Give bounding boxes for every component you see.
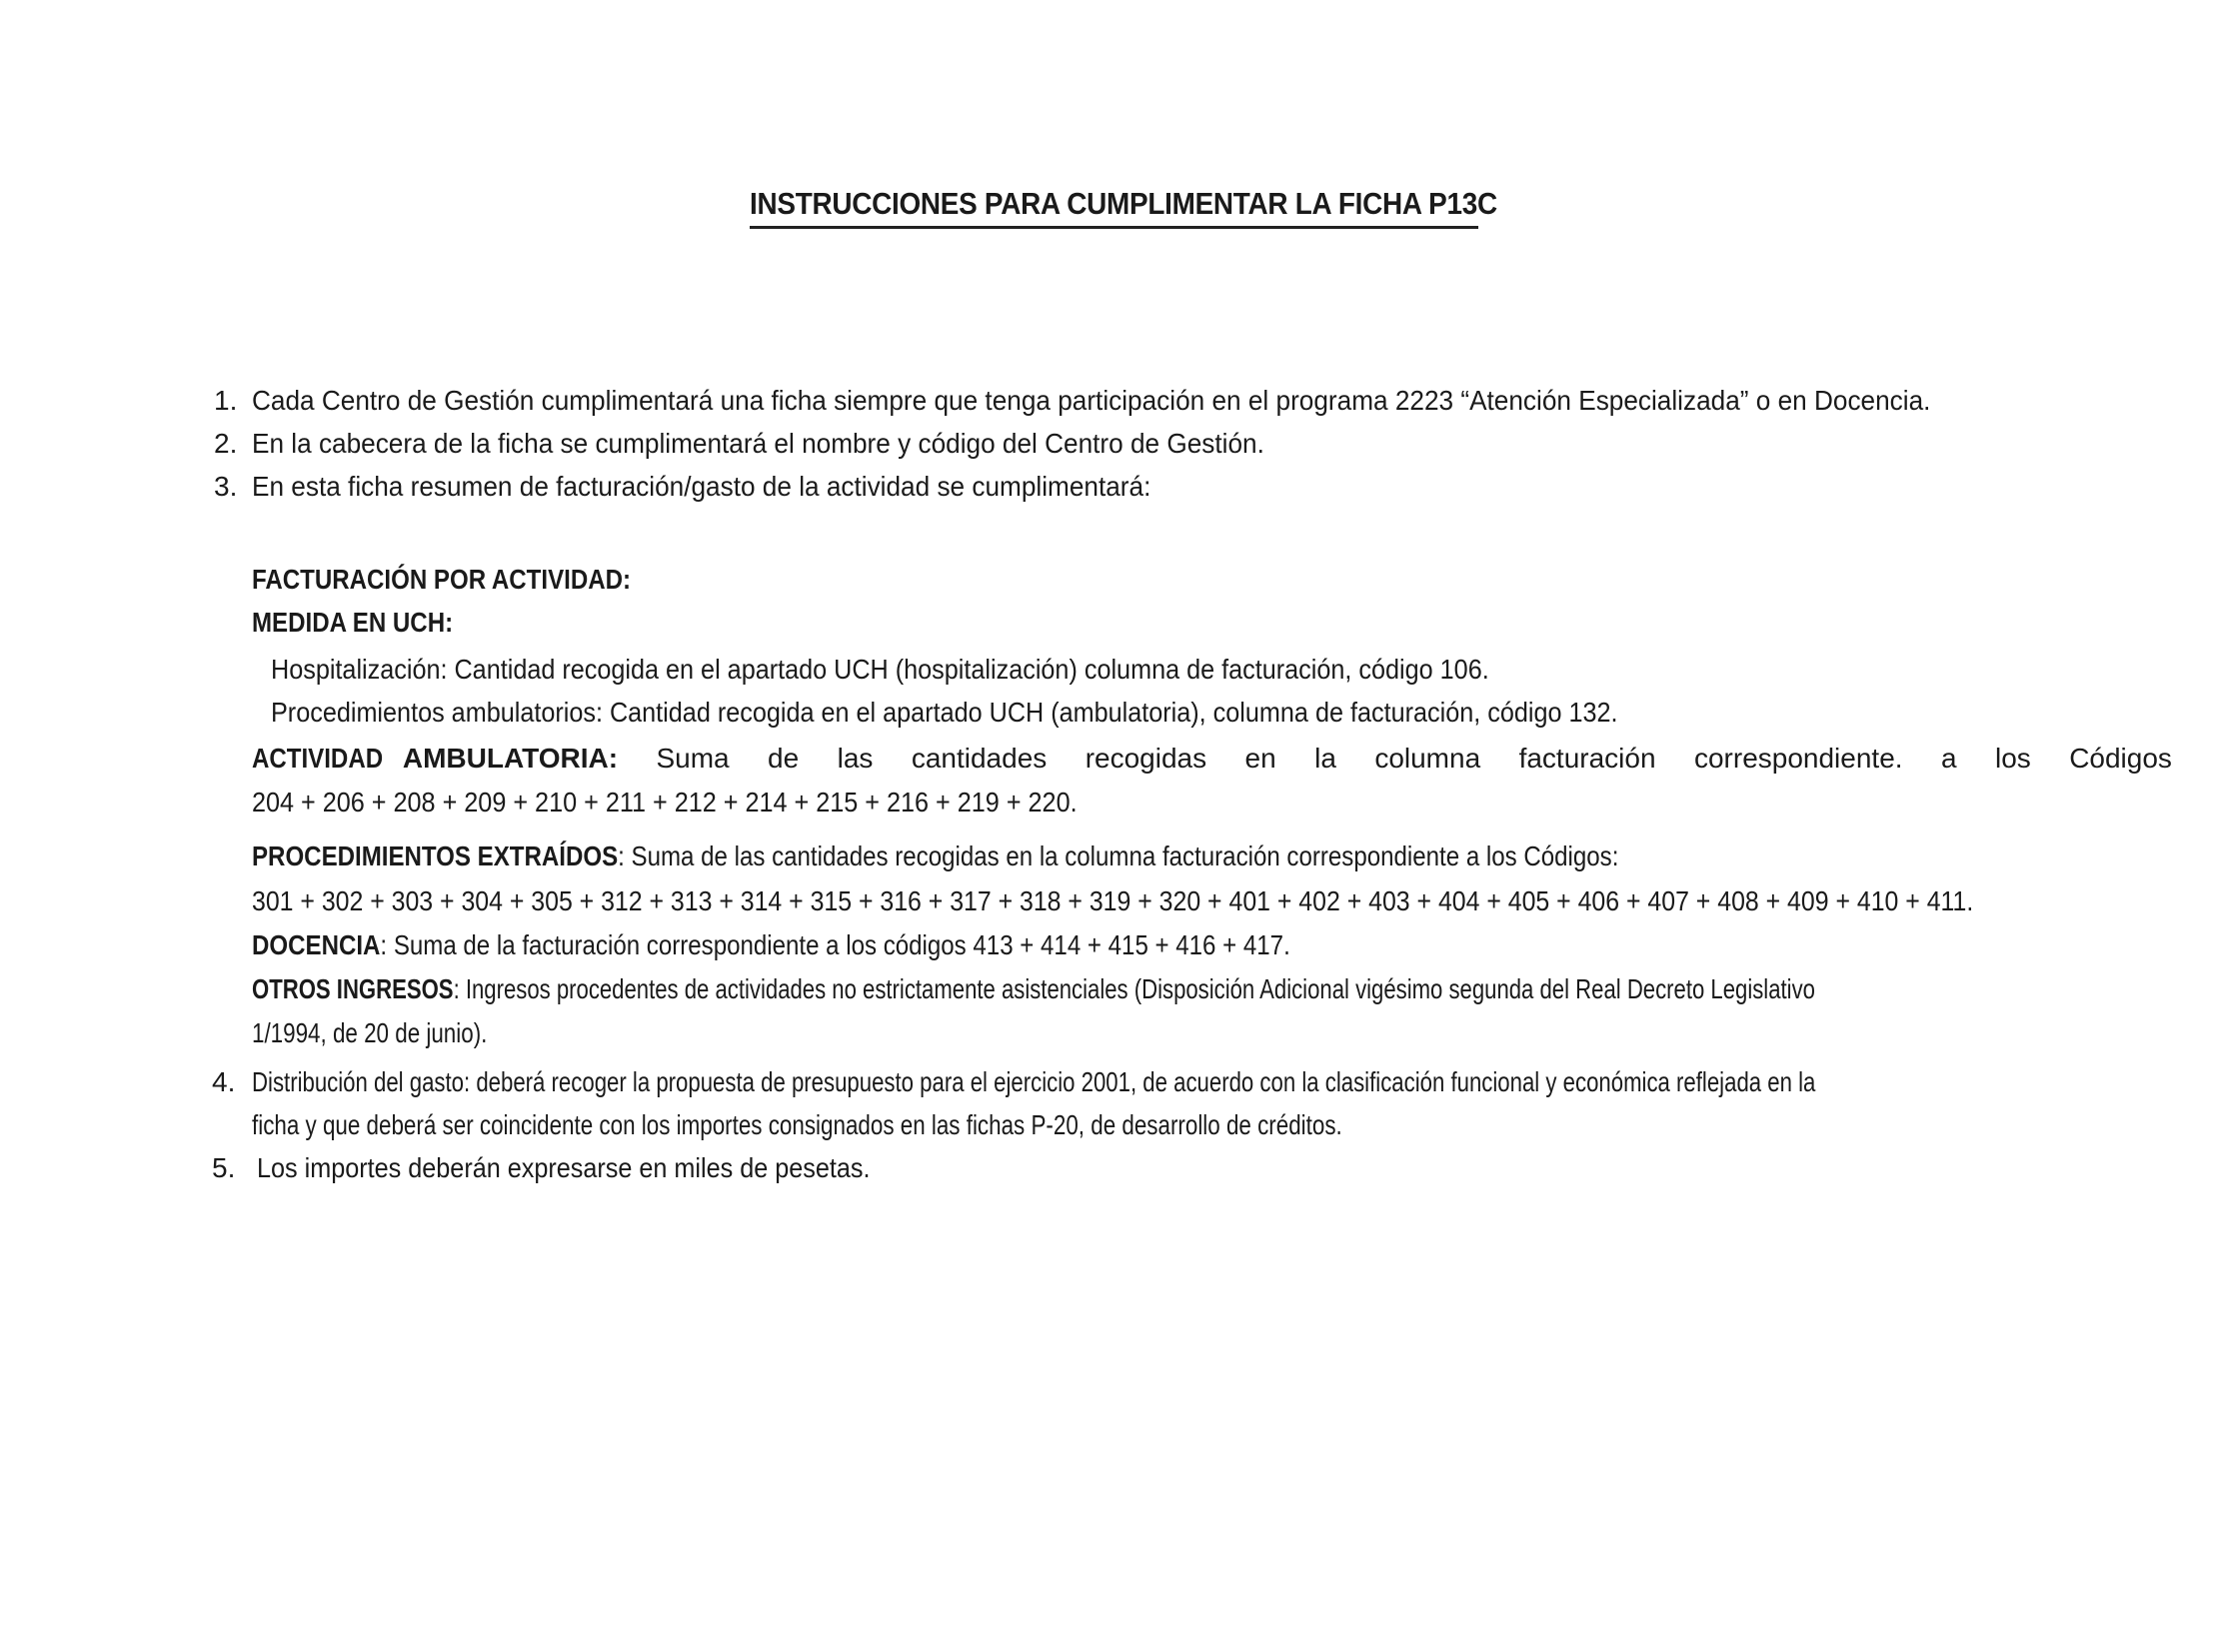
facturacion-heading: FACTURACIÓN POR ACTIVIDAD: — [252, 563, 631, 597]
item-number: 1. — [214, 385, 237, 416]
procedimientos-extraidos-label: PROCEDIMIENTOS EXTRAÍDOS — [252, 840, 618, 871]
otros-ingresos-text: : Ingresos procedentes de actividades no… — [454, 973, 1815, 1004]
docencia-label: DOCENCIA — [252, 929, 380, 960]
justified-word: a — [1941, 742, 1957, 776]
justified-word: recogidas — [1086, 742, 1206, 776]
item-1-text: Cada Centro de Gestión cumplimentará una… — [252, 384, 1930, 418]
actividad-ambulatoria-line: ACTIVIDAD AMBULATORIA: Suma de las canti… — [252, 742, 2172, 776]
page-title: INSTRUCCIONES PARA CUMPLIMENTAR LA FICHA… — [750, 186, 1478, 229]
actividad-ambulatoria-label-1: ACTIVIDAD — [252, 742, 383, 776]
justified-word: la — [1314, 742, 1336, 776]
procedimientos-ambulatorios-text: Procedimientos ambulatorios: Cantidad re… — [271, 696, 1618, 730]
docencia-text: : Suma de la facturación correspondiente… — [380, 929, 1289, 960]
item-4-text: Distribución del gasto: deberá recoger l… — [252, 1065, 1815, 1099]
justified-word: en — [1245, 742, 1276, 776]
actividad-ambulatoria-codes: 204 + 206 + 208 + 209 + 210 + 211 + 212 … — [252, 786, 1078, 820]
justified-word: facturación — [1519, 742, 1656, 776]
item-5-text: Los importes deberán expresarse en miles… — [257, 1151, 871, 1185]
hospitalizacion-text: Hospitalización: Cantidad recogida en el… — [271, 653, 1489, 687]
document-page: INSTRUCCIONES PARA CUMPLIMENTAR LA FICHA… — [0, 0, 2215, 1652]
list-item: 4. — [212, 1065, 235, 1099]
list-item: 5. — [212, 1151, 235, 1185]
item-2-text: En la cabecera de la ficha se cumpliment… — [252, 427, 1264, 461]
procedimientos-extraidos-codes: 301 + 302 + 303 + 304 + 305 + 312 + 313 … — [252, 884, 1973, 918]
medida-heading: MEDIDA EN UCH: — [252, 606, 453, 640]
item-number: 3. — [214, 471, 237, 502]
item-number: 4. — [212, 1066, 235, 1097]
item-number: 5. — [212, 1152, 235, 1183]
otros-ingresos-line: OTROS INGRESOS: Ingresos procedentes de … — [252, 972, 1815, 1006]
list-item: 1. — [214, 384, 237, 418]
item-3-text: En esta ficha resumen de facturación/gas… — [252, 470, 1150, 504]
justified-word: columna — [1374, 742, 1480, 776]
justified-word: Suma — [656, 742, 729, 776]
justified-word: los — [1995, 742, 2031, 776]
list-item: 3. — [214, 470, 237, 504]
item-number: 2. — [214, 428, 237, 459]
item-4-text-cont: ficha y que deberá ser coincidente con l… — [252, 1108, 1342, 1142]
docencia-line: DOCENCIA: Suma de la facturación corresp… — [252, 928, 1290, 962]
procedimientos-extraidos-text: : Suma de las cantidades recogidas en la… — [618, 840, 1618, 871]
procedimientos-extraidos-line: PROCEDIMIENTOS EXTRAÍDOS: Suma de las ca… — [252, 839, 1618, 873]
otros-ingresos-text-cont: 1/1994, de 20 de junio). — [252, 1016, 487, 1050]
justified-word: las — [838, 742, 874, 776]
list-item: 2. — [214, 427, 237, 461]
actividad-ambulatoria-label-2: AMBULATORIA: — [403, 742, 618, 776]
justified-word: de — [768, 742, 799, 776]
justified-word: Códigos — [2069, 742, 2172, 776]
otros-ingresos-label: OTROS INGRESOS — [252, 973, 454, 1004]
justified-word: correspondiente. — [1694, 742, 1903, 776]
justified-word: cantidades — [912, 742, 1047, 776]
